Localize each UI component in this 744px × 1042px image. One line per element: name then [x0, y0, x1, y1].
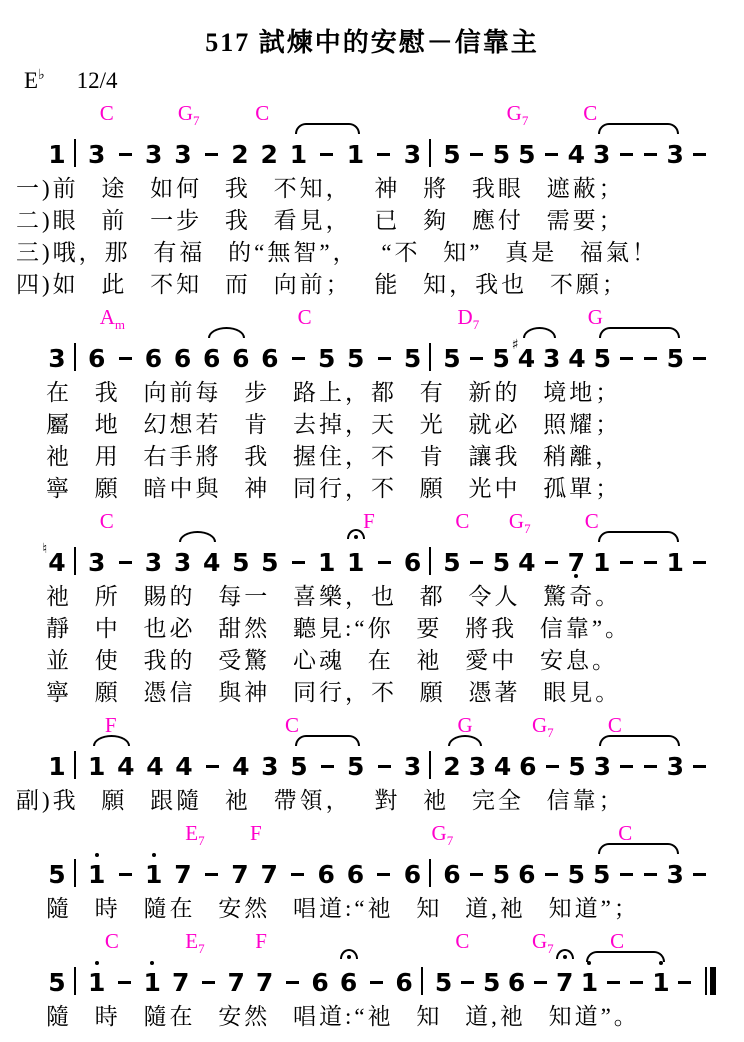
dash-mark — [320, 153, 333, 156]
fermata-dot — [354, 535, 358, 539]
chord-c: C — [255, 101, 269, 125]
note-5: 5 — [493, 533, 510, 579]
measure: 11777666 — [76, 953, 421, 999]
note-digit: 3 — [88, 142, 105, 167]
dash-mark — [693, 873, 706, 876]
note-5: 5 — [435, 953, 452, 999]
dash-mark — [286, 981, 299, 984]
note-5: 5 — [568, 737, 585, 783]
pickup-beat: 1 — [40, 125, 74, 171]
chord-row: CFCG7C — [0, 509, 744, 533]
chord-c: C — [618, 821, 632, 845]
note-digit: 1 — [593, 550, 610, 575]
note-digit: 3 — [667, 754, 684, 779]
lyrics-block: 在 我 向前每 步 路上，都 有 新的 境地；屬 地 幻想若 肯 去掉，天 光 … — [0, 377, 744, 505]
note-digit: 3 — [88, 550, 105, 575]
time-signature: 12/4 — [77, 68, 118, 93]
note-5: 5 — [48, 953, 65, 999]
dash-mark — [291, 873, 304, 876]
note-digit: 3 — [666, 142, 683, 167]
note-digit: 3 — [593, 142, 610, 167]
note-digit: 5 — [290, 754, 307, 779]
note-digit: 7 — [172, 970, 189, 995]
dash-mark — [630, 981, 643, 984]
note-4: 4 — [568, 329, 585, 375]
note-digit: 4 — [232, 754, 249, 779]
note-5: 5 — [48, 845, 65, 891]
slur — [599, 735, 680, 746]
note-digit: 5 — [443, 550, 460, 575]
note-digit: 7 — [256, 970, 273, 995]
note-6: 6 — [518, 845, 535, 891]
dash-mark — [370, 981, 383, 984]
note-digit: 5 — [443, 142, 460, 167]
note-digit: 1 — [145, 862, 162, 887]
note-5: 5 — [232, 533, 249, 579]
note-6: 6 — [174, 329, 191, 375]
note-digit: 5 — [443, 346, 460, 371]
duration-dash — [376, 737, 392, 783]
dash-mark — [534, 981, 547, 984]
lyric-line: 副)我 願 跟隨 祂 帶領， 對 祂 完全 信靠； — [0, 785, 744, 817]
duration-dash — [544, 125, 560, 171]
octave-dot-low — [574, 574, 578, 578]
note-digit: 5 — [48, 970, 65, 995]
system-2: AmCD7G 3666666555554♯3455 在 我 向前每 步 路上，都… — [0, 305, 744, 505]
dash-mark — [644, 153, 657, 156]
duration-dash — [200, 953, 216, 999]
note-4: 4 — [518, 533, 535, 579]
note-6: 6 — [347, 845, 364, 891]
final-barline — [705, 953, 716, 999]
lyrics-block: 隨 時 隨在 安然 唱道:“祂 知 道,祂 知道”。 — [0, 1001, 744, 1033]
dash-mark — [205, 873, 218, 876]
duration-dash — [203, 125, 219, 171]
note-digit: 4 — [117, 754, 134, 779]
note-digit: 5 — [232, 550, 249, 575]
dash-mark — [292, 357, 305, 360]
note-digit: 5 — [48, 862, 65, 887]
note-4: 4♮ — [48, 533, 65, 579]
note-digit: 4 — [518, 550, 535, 575]
note-digit: 3 — [404, 754, 421, 779]
chord-f: F — [105, 713, 117, 737]
system-1: CG7CG7C 133322113555433 一)前 途 如何 我 不知， 神… — [0, 101, 744, 301]
note-digit: 1 — [652, 970, 669, 995]
duration-dash — [469, 329, 485, 375]
dash-mark — [620, 561, 633, 564]
note-digit: 6 — [232, 346, 249, 371]
sharp-icon: ♯ — [512, 338, 519, 352]
page-title: 517 試煉中的安慰－信靠主 — [0, 0, 744, 59]
note-6: 6 — [261, 329, 278, 375]
dash-mark — [620, 357, 633, 360]
note-3: 3 — [404, 125, 421, 171]
dash-mark — [378, 561, 391, 564]
duration-dash — [290, 533, 306, 579]
hymn-sheet: 517 試煉中的安慰－信靠主 E♭12/4 CG7CG7C 1333221135… — [0, 0, 744, 1042]
chord-c: C — [608, 713, 622, 737]
dash-mark — [545, 873, 558, 876]
note-5: 5 — [443, 533, 460, 579]
note-3: 3 — [88, 533, 105, 579]
notation-line: 511777666556711 — [0, 953, 744, 999]
note-6: 6 — [88, 329, 105, 375]
note-3: 3 — [145, 533, 162, 579]
note-6: 6 — [404, 845, 421, 891]
note-digit: 3 — [469, 754, 486, 779]
note-6: 6 — [404, 533, 421, 579]
lyric-line: 並 使 我的 受驚 心魂 在 祂 愛中 安息。 — [0, 645, 744, 677]
lyric-line: 寧 願 憑信 與神 同行，不 願 憑著 眼見。 — [0, 677, 744, 709]
note-7: 7 — [172, 953, 189, 999]
note-7: 7 — [556, 953, 573, 999]
fermata-icon — [347, 529, 365, 541]
duration-dash — [469, 125, 485, 171]
note-4: 4 — [494, 737, 511, 783]
note-digit: 3 — [174, 142, 191, 167]
note-digit: 6 — [347, 862, 364, 887]
chord-g: G — [458, 713, 473, 737]
note-5: 5 — [493, 845, 510, 891]
duration-dash — [290, 329, 306, 375]
final-bar-thick — [710, 967, 716, 995]
note-6: 6 — [145, 329, 162, 375]
slur — [598, 843, 679, 854]
dash-mark — [119, 873, 132, 876]
duration-dash — [284, 953, 300, 999]
note-digit: 6 — [340, 970, 357, 995]
pickup-beat: 3 — [40, 329, 74, 375]
dash-mark — [292, 561, 305, 564]
dash-mark — [377, 153, 390, 156]
note-digit: 5 — [493, 862, 510, 887]
lyric-line: 在 我 向前每 步 路上，都 有 新的 境地； — [0, 377, 744, 409]
note-1: 1 — [144, 953, 161, 999]
pickup-beat: 1 — [40, 737, 74, 783]
note-5: 5 — [493, 125, 510, 171]
lyrics-block: 一)前 途 如何 我 不知， 神 將 我眼 遮蔽；二)眼 前 一步 我 看見， … — [0, 173, 744, 301]
note-5: 5 — [347, 329, 364, 375]
duration-dash — [117, 533, 133, 579]
note-digit: 5 — [492, 346, 509, 371]
note-4: 4 — [568, 125, 585, 171]
note-digit: 5 — [261, 550, 278, 575]
duration-dash — [376, 329, 392, 375]
fermata-icon — [340, 949, 358, 961]
note-3: 3 — [174, 125, 191, 171]
note-6: 6 — [443, 845, 460, 891]
note-digit: 1 — [666, 550, 683, 575]
dash-mark — [378, 765, 391, 768]
note-digit: 1 — [581, 970, 598, 995]
fermata-icon — [556, 949, 574, 961]
key-note: E — [24, 68, 38, 93]
note-1: 1 — [88, 953, 105, 999]
note-5: 5 — [568, 845, 585, 891]
note-digit: 5 — [347, 346, 364, 371]
octave-dot-high — [150, 961, 154, 965]
flat-icon: ♭ — [38, 68, 45, 83]
note-3: 3 — [404, 737, 421, 783]
octave-dot-high — [95, 853, 99, 857]
duration-dash — [203, 845, 219, 891]
note-digit: 5 — [568, 862, 585, 887]
slur — [599, 327, 680, 338]
dash-mark — [461, 981, 474, 984]
note-5: 5 — [483, 953, 500, 999]
dash-mark — [620, 873, 633, 876]
lyric-line: 寧 願 暗中與 神 同行，不 願 光中 孤單； — [0, 473, 744, 505]
note-digit: 1 — [88, 754, 105, 779]
notation-line: 3666666555554♯3455 — [0, 329, 744, 375]
chord-c: C — [100, 101, 114, 125]
duration-dash — [544, 845, 560, 891]
duration-dash — [376, 845, 392, 891]
note-digit: 1 — [48, 142, 65, 167]
duration-dash — [692, 125, 708, 171]
note-digit: 5 — [483, 970, 500, 995]
note-digit: 4 — [494, 754, 511, 779]
note-digit: 7 — [174, 862, 191, 887]
note-7: 7 — [568, 533, 585, 579]
chord-row: E7FG7C — [0, 821, 744, 845]
note-digit: 3 — [48, 346, 65, 371]
chord-c: C — [455, 509, 469, 533]
dash-mark — [119, 357, 132, 360]
chord-c: C — [583, 101, 597, 125]
lyric-line: 祂 所 賜的 每一 喜樂，也 都 令人 驚奇。 — [0, 581, 744, 613]
dash-mark — [545, 153, 558, 156]
note-digit: 5 — [667, 346, 684, 371]
chord-g: G — [588, 305, 603, 329]
note-digit: 6 — [508, 970, 525, 995]
note-6: 6 — [395, 953, 412, 999]
dash-mark — [678, 981, 691, 984]
lyric-line: 三)哦，那 有福 的“無智”， “不 知” 真是 福氣！ — [0, 237, 744, 269]
lyric-line: 靜 中 也必 甜然 聽見:“你 要 將我 信靠”。 — [0, 613, 744, 645]
chord-row: FCGG7C — [0, 713, 744, 737]
duration-dash — [204, 737, 220, 783]
dash-mark — [206, 765, 219, 768]
note-digit: 6 — [318, 862, 335, 887]
dash-mark — [470, 873, 483, 876]
note-digit: 4 — [568, 142, 585, 167]
note-digit: 6 — [404, 862, 421, 887]
pickup-beat: 4♮ — [40, 533, 74, 579]
lyrics-block: 隨 時 隨在 安然 唱道:“祂 知 道,祂 知道”； — [0, 893, 744, 925]
slur — [295, 735, 360, 746]
duration-dash — [117, 845, 133, 891]
system-4: FCGG7C 11444435532346533 副)我 願 跟隨 祂 帶領， … — [0, 713, 744, 817]
note-6: 6 — [340, 953, 357, 999]
note-digit: 4 — [568, 346, 585, 371]
notation-line: 133322113555433 — [0, 125, 744, 171]
note-1: 1 — [318, 533, 335, 579]
note-1: 1 — [88, 845, 105, 891]
note-digit: 6 — [395, 970, 412, 995]
dash-mark — [620, 153, 633, 156]
dash-mark — [644, 357, 657, 360]
chord-c: C — [610, 929, 624, 953]
duration-dash — [376, 125, 392, 171]
lyric-line: 一)前 途 如何 我 不知， 神 將 我眼 遮蔽； — [0, 173, 744, 205]
note-digit: 2 — [443, 754, 460, 779]
dash-mark — [118, 981, 131, 984]
key-signature: E♭12/4 — [24, 67, 744, 97]
note-6: 6 — [508, 953, 525, 999]
duration-dash — [469, 845, 485, 891]
note-digit: 6 — [404, 550, 421, 575]
note-digit: 5 — [493, 142, 510, 167]
duration-dash — [692, 845, 708, 891]
duration-dash — [692, 737, 708, 783]
note-digit: 3 — [261, 754, 278, 779]
note-digit: 6 — [518, 862, 535, 887]
dash-mark — [644, 873, 657, 876]
note-digit: 3 — [145, 550, 162, 575]
measure: 33322113 — [76, 125, 429, 171]
note-digit: 6 — [88, 346, 105, 371]
note-digit: 1 — [48, 754, 65, 779]
chord-c: C — [585, 509, 599, 533]
pickup-beat: 5 — [40, 953, 74, 999]
note-digit: 3 — [174, 550, 191, 575]
note-digit: 2 — [261, 142, 278, 167]
note-digit: 1 — [318, 550, 335, 575]
final-bar-thin — [705, 967, 707, 995]
dash-mark — [119, 153, 132, 156]
lyrics-block: 祂 所 賜的 每一 喜樂，也 都 令人 驚奇。靜 中 也必 甜然 聽見:“你 要… — [0, 581, 744, 709]
note-digit: 5 — [568, 754, 585, 779]
lyric-line: 四)如 此 不知 而 向前； 能 知，我也 不願； — [0, 269, 744, 301]
dash-mark — [205, 153, 218, 156]
note-digit: 4 — [175, 754, 192, 779]
note-7: 7 — [256, 953, 273, 999]
lyric-line: 隨 時 隨在 安然 唱道:“祂 知 道,祂 知道”。 — [0, 1001, 744, 1033]
duration-dash — [376, 533, 392, 579]
dash-mark — [377, 873, 390, 876]
note-5: 5 — [404, 329, 421, 375]
note-digit: 4 — [48, 550, 65, 575]
dash-mark — [693, 765, 706, 768]
note-digit: 3 — [543, 346, 560, 371]
lyrics-block: 副)我 願 跟隨 祂 帶領， 對 祂 完全 信靠； — [0, 785, 744, 817]
dash-mark — [644, 765, 657, 768]
note-digit: 7 — [231, 862, 248, 887]
note-digit: 7 — [261, 862, 278, 887]
octave-dot-high — [152, 853, 156, 857]
chord-row: CG7CG7C — [0, 101, 744, 125]
note-1: 1 — [48, 737, 65, 783]
note-digit: 6 — [203, 346, 220, 371]
note-1: 1 — [48, 125, 65, 171]
note-digit: 5 — [593, 862, 610, 887]
dash-mark — [644, 561, 657, 564]
chord-f: F — [363, 509, 375, 533]
duration-dash — [469, 533, 485, 579]
note-digit: 1 — [347, 142, 364, 167]
note-5: 5 — [518, 125, 535, 171]
note-digit: 4 — [146, 754, 163, 779]
note-5: 5 — [318, 329, 335, 375]
measure: 333455116 — [76, 533, 429, 579]
note-6: 6 — [311, 953, 328, 999]
dash-mark — [119, 561, 132, 564]
note-digit: 6 — [443, 862, 460, 887]
duration-dash — [544, 737, 560, 783]
duration-dash — [692, 329, 708, 375]
note-digit: 5 — [493, 550, 510, 575]
dash-mark — [620, 765, 633, 768]
note-5: 5 — [443, 125, 460, 171]
note-digit: 6 — [519, 754, 536, 779]
note-2: 2 — [231, 125, 248, 171]
duration-dash — [117, 329, 133, 375]
note-7: 7 — [227, 953, 244, 999]
dash-mark — [545, 561, 558, 564]
note-digit: 3 — [666, 862, 683, 887]
duration-dash — [117, 125, 133, 171]
pickup-beat: 5 — [40, 845, 74, 891]
note-4: 4 — [232, 737, 249, 783]
note-5: 5 — [443, 329, 460, 375]
dash-mark — [546, 765, 559, 768]
duration-dash — [460, 953, 476, 999]
note-digit: 5 — [347, 754, 364, 779]
note-digit: 6 — [174, 346, 191, 371]
system-5: E7FG7C 511777666656553 隨 時 隨在 安然 唱道:“祂 知… — [0, 821, 744, 925]
note-digit: 5 — [404, 346, 421, 371]
duration-dash — [533, 953, 549, 999]
octave-dot-high — [95, 961, 99, 965]
notation-line: 11444435532346533 — [0, 737, 744, 783]
note-7: 7 — [261, 845, 278, 891]
note-3: 3 — [48, 329, 65, 375]
note-2: 2 — [261, 125, 278, 171]
note-1: 1 — [347, 533, 364, 579]
note-digit: 5 — [518, 142, 535, 167]
dash-mark — [321, 765, 334, 768]
slur — [586, 951, 665, 962]
lyric-line: 隨 時 隨在 安然 唱道:“祂 知 道,祂 知道”； — [0, 893, 744, 925]
note-digit: 6 — [311, 970, 328, 995]
chord-c: C — [298, 305, 312, 329]
measure: 11777666 — [76, 845, 429, 891]
dash-mark — [378, 357, 391, 360]
note-digit: 1 — [88, 970, 105, 995]
lyric-line: 祂 用 右手將 我 握住，不 肯 讓我 稍離， — [0, 441, 744, 473]
note-digit: 3 — [145, 142, 162, 167]
lyric-line: 二)眼 前 一步 我 看見， 已 夠 應付 需要； — [0, 205, 744, 237]
chord-c: C — [105, 929, 119, 953]
note-digit: 5 — [435, 970, 452, 995]
lyric-line: 屬 地 幻想若 肯 去掉，天 光 就必 照耀； — [0, 409, 744, 441]
dash-mark — [470, 561, 483, 564]
chord-c: C — [285, 713, 299, 737]
slur — [295, 123, 360, 134]
duration-dash — [116, 953, 132, 999]
system-6: CE7FCG7C 511777666556711 隨 時 隨在 安然 唱道:“祂… — [0, 929, 744, 1033]
natural-icon: ♮ — [42, 542, 47, 556]
fermata-dot — [347, 955, 351, 959]
note-digit: 1 — [347, 550, 364, 575]
note-3: 3 — [261, 737, 278, 783]
note-digit: 3 — [404, 142, 421, 167]
system-3: CFCG7C 4♮333455116554711 祂 所 賜的 每一 喜樂，也 … — [0, 509, 744, 709]
notation-line: 4♮333455116554711 — [0, 533, 744, 579]
note-digit: 5 — [318, 346, 335, 371]
